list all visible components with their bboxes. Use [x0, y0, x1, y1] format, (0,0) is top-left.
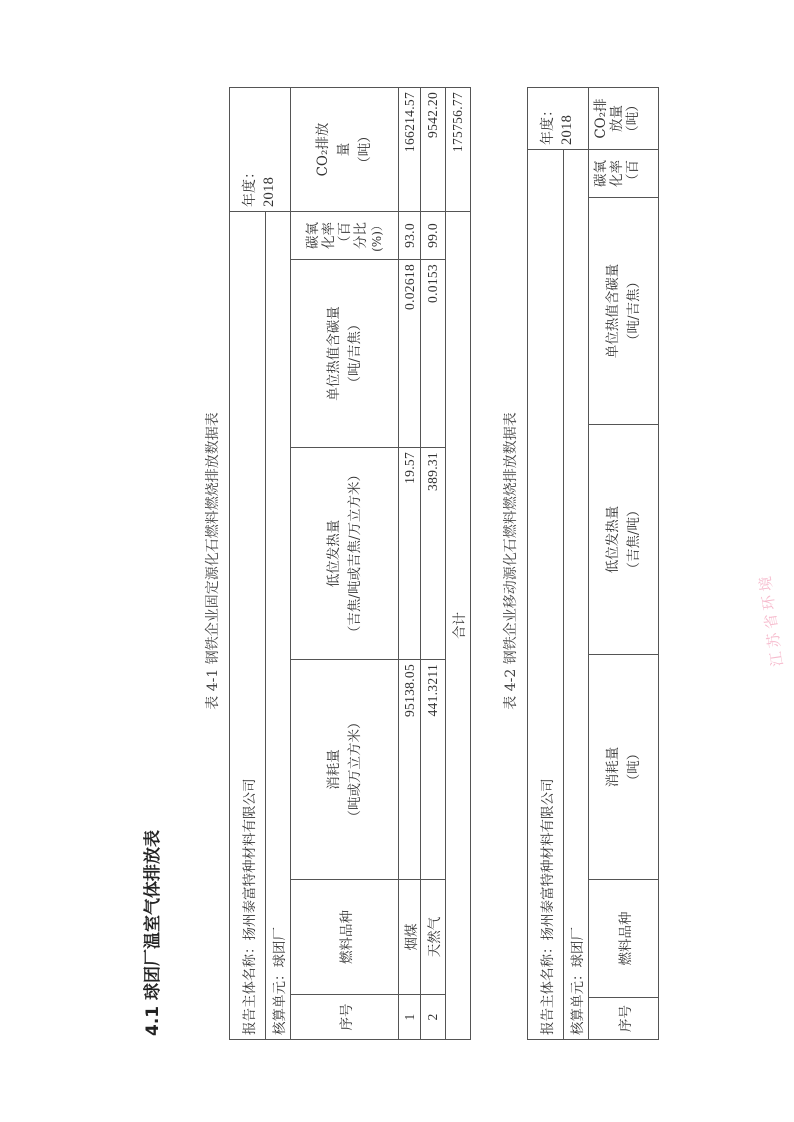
- header-carbon-content-title: 单位热值含碳量: [603, 202, 624, 420]
- header-consumption-title: 消耗量: [324, 664, 345, 875]
- stamp-watermark: 江苏省环境: [753, 571, 787, 668]
- year-label: 年度：: [539, 92, 557, 145]
- row-ncv: 19.57: [399, 448, 421, 660]
- reporting-entity-value: 扬州泰富特种材料有限公司: [242, 779, 258, 941]
- header-consumption-unit: （吨或万立方米）: [345, 664, 366, 875]
- header-ncv-title: 低位发热量: [324, 452, 345, 655]
- header-oxidation-line: 分比: [353, 214, 369, 257]
- header-co2-line: 放量: [609, 90, 625, 147]
- row-seq: 2: [421, 995, 446, 1040]
- section-heading: 4.1 球团厂温室气体排放表: [138, 830, 163, 1036]
- row-seq: 1: [399, 995, 421, 1040]
- document-page: 4.1 球团厂温室气体排放表 表 4-1 钢铁企业固定源化石燃料燃烧排放数据表 …: [0, 0, 794, 1122]
- header-consumption: 消耗量 （吨）: [589, 655, 659, 880]
- year-value: 2018: [260, 92, 279, 207]
- table2-caption: 表 4-2 钢铁企业移动源化石燃料燃烧排放数据表: [500, 0, 520, 1122]
- header-oxidation-line: 化率: [321, 214, 337, 257]
- header-consumption: 消耗量 （吨或万立方米）: [291, 660, 399, 880]
- header-consumption-title: 消耗量: [603, 659, 624, 875]
- accounting-unit-value: 球团厂: [272, 927, 288, 968]
- year-value: 2018: [558, 92, 577, 145]
- header-fuel: 燃料品种: [291, 880, 399, 995]
- header-fuel: 燃料品种: [589, 880, 659, 998]
- header-oxidation: 碳氧 化率 （百: [589, 150, 659, 198]
- header-ncv-title: 低位发热量: [603, 429, 624, 650]
- row-consumption: 95138.05: [399, 660, 421, 880]
- header-seq: 序号: [589, 998, 659, 1040]
- accounting-unit-label: 核算单元：: [272, 968, 288, 1036]
- header-carbon-content-unit: （吨/吉焦）: [345, 264, 366, 443]
- header-carbon-content: 单位热值含碳量 （吨/吉焦）: [291, 260, 399, 448]
- reporting-entity-label: 报告主体名称：: [540, 941, 556, 1036]
- header-carbon-content: 单位热值含碳量 （吨/吉焦）: [589, 198, 659, 425]
- header-co2-line: （吨）: [355, 92, 376, 207]
- header-ncv: 低位发热量 （吉焦/吨或吉焦/万立方米）: [291, 448, 399, 660]
- row-ncv: 389.31: [421, 448, 446, 660]
- row-consumption: 441.3211: [421, 660, 446, 880]
- reporting-entity-cell: 报告主体名称：扬州泰富特种材料有限公司: [528, 150, 564, 1040]
- header-co2-line: CO₂排放: [313, 92, 334, 207]
- row-fuel: 天然气: [421, 880, 446, 995]
- accounting-unit-cell: 核算单元：球团厂: [564, 150, 589, 1040]
- header-oxidation-line: 碳氧: [305, 214, 321, 257]
- header-oxidation-line: 碳氧: [593, 152, 609, 195]
- header-co2-line: CO₂排: [593, 90, 609, 147]
- row-carbon-content: 0.02618: [399, 260, 421, 448]
- header-ncv: 低位发热量 （吉焦/吨）: [589, 425, 659, 655]
- table-row: 1 烟煤 95138.05 19.57 0.02618 93.0 166214.…: [399, 88, 421, 1040]
- header-consumption-unit: （吨）: [624, 659, 645, 875]
- total-row: 合计 175756.77: [446, 88, 471, 1040]
- row-fuel: 烟煤: [399, 880, 421, 995]
- header-oxidation-line: （百: [337, 214, 353, 257]
- header-ncv-unit: （吉焦/吨）: [624, 429, 645, 650]
- reporting-entity-value: 扬州泰富特种材料有限公司: [540, 779, 556, 941]
- header-ncv-unit: （吉焦/吨或吉焦/万立方米）: [345, 452, 366, 655]
- header-co2-line: 量: [334, 92, 355, 207]
- row-co2: 9542.20: [421, 88, 446, 212]
- accounting-unit-label: 核算单元：: [570, 968, 586, 1036]
- header-co2-line: （吨）: [625, 90, 641, 147]
- header-oxidation: 碳氧 化率 （百 分比 (%)）: [291, 212, 399, 260]
- table-4-1: 报告主体名称：扬州泰富特种材料有限公司 年度： 2018 核算单元：球团厂 序号…: [229, 87, 471, 1040]
- table-row: 2 天然气 441.3211 389.31 0.0153 99.0 9542.2…: [421, 88, 446, 1040]
- row-oxidation: 93.0: [399, 212, 421, 260]
- row-co2: 166214.57: [399, 88, 421, 212]
- header-oxidation-line: (%)）: [370, 214, 384, 257]
- header-oxidation-line: 化率: [609, 152, 625, 195]
- year-cell: 年度： 2018: [230, 88, 291, 212]
- table-4-2: 报告主体名称：扬州泰富特种材料有限公司 年度： 2018 核算单元：球团厂 序号…: [527, 87, 659, 1040]
- year-cell: 年度： 2018: [528, 88, 589, 150]
- reporting-entity-label: 报告主体名称：: [242, 941, 258, 1036]
- accounting-unit-cell: 核算单元：球团厂: [266, 212, 291, 1040]
- year-label: 年度：: [241, 92, 259, 207]
- table1-caption: 表 4-1 钢铁企业固定源化石燃料燃烧排放数据表: [202, 0, 222, 1122]
- total-co2: 175756.77: [446, 88, 471, 212]
- total-label: 合计: [446, 212, 471, 1040]
- header-oxidation-line: （百: [625, 152, 641, 195]
- row-carbon-content: 0.0153: [421, 260, 446, 448]
- reporting-entity-cell: 报告主体名称：扬州泰富特种材料有限公司: [230, 212, 266, 1040]
- header-co2: CO₂排 放量 （吨）: [589, 88, 659, 150]
- header-carbon-content-title: 单位热值含碳量: [324, 264, 345, 443]
- accounting-unit-value: 球团厂: [570, 927, 586, 968]
- header-carbon-content-unit: （吨/吉焦）: [624, 202, 645, 420]
- row-oxidation: 99.0: [421, 212, 446, 260]
- header-seq: 序号: [291, 995, 399, 1040]
- header-co2: CO₂排放 量 （吨）: [291, 88, 399, 212]
